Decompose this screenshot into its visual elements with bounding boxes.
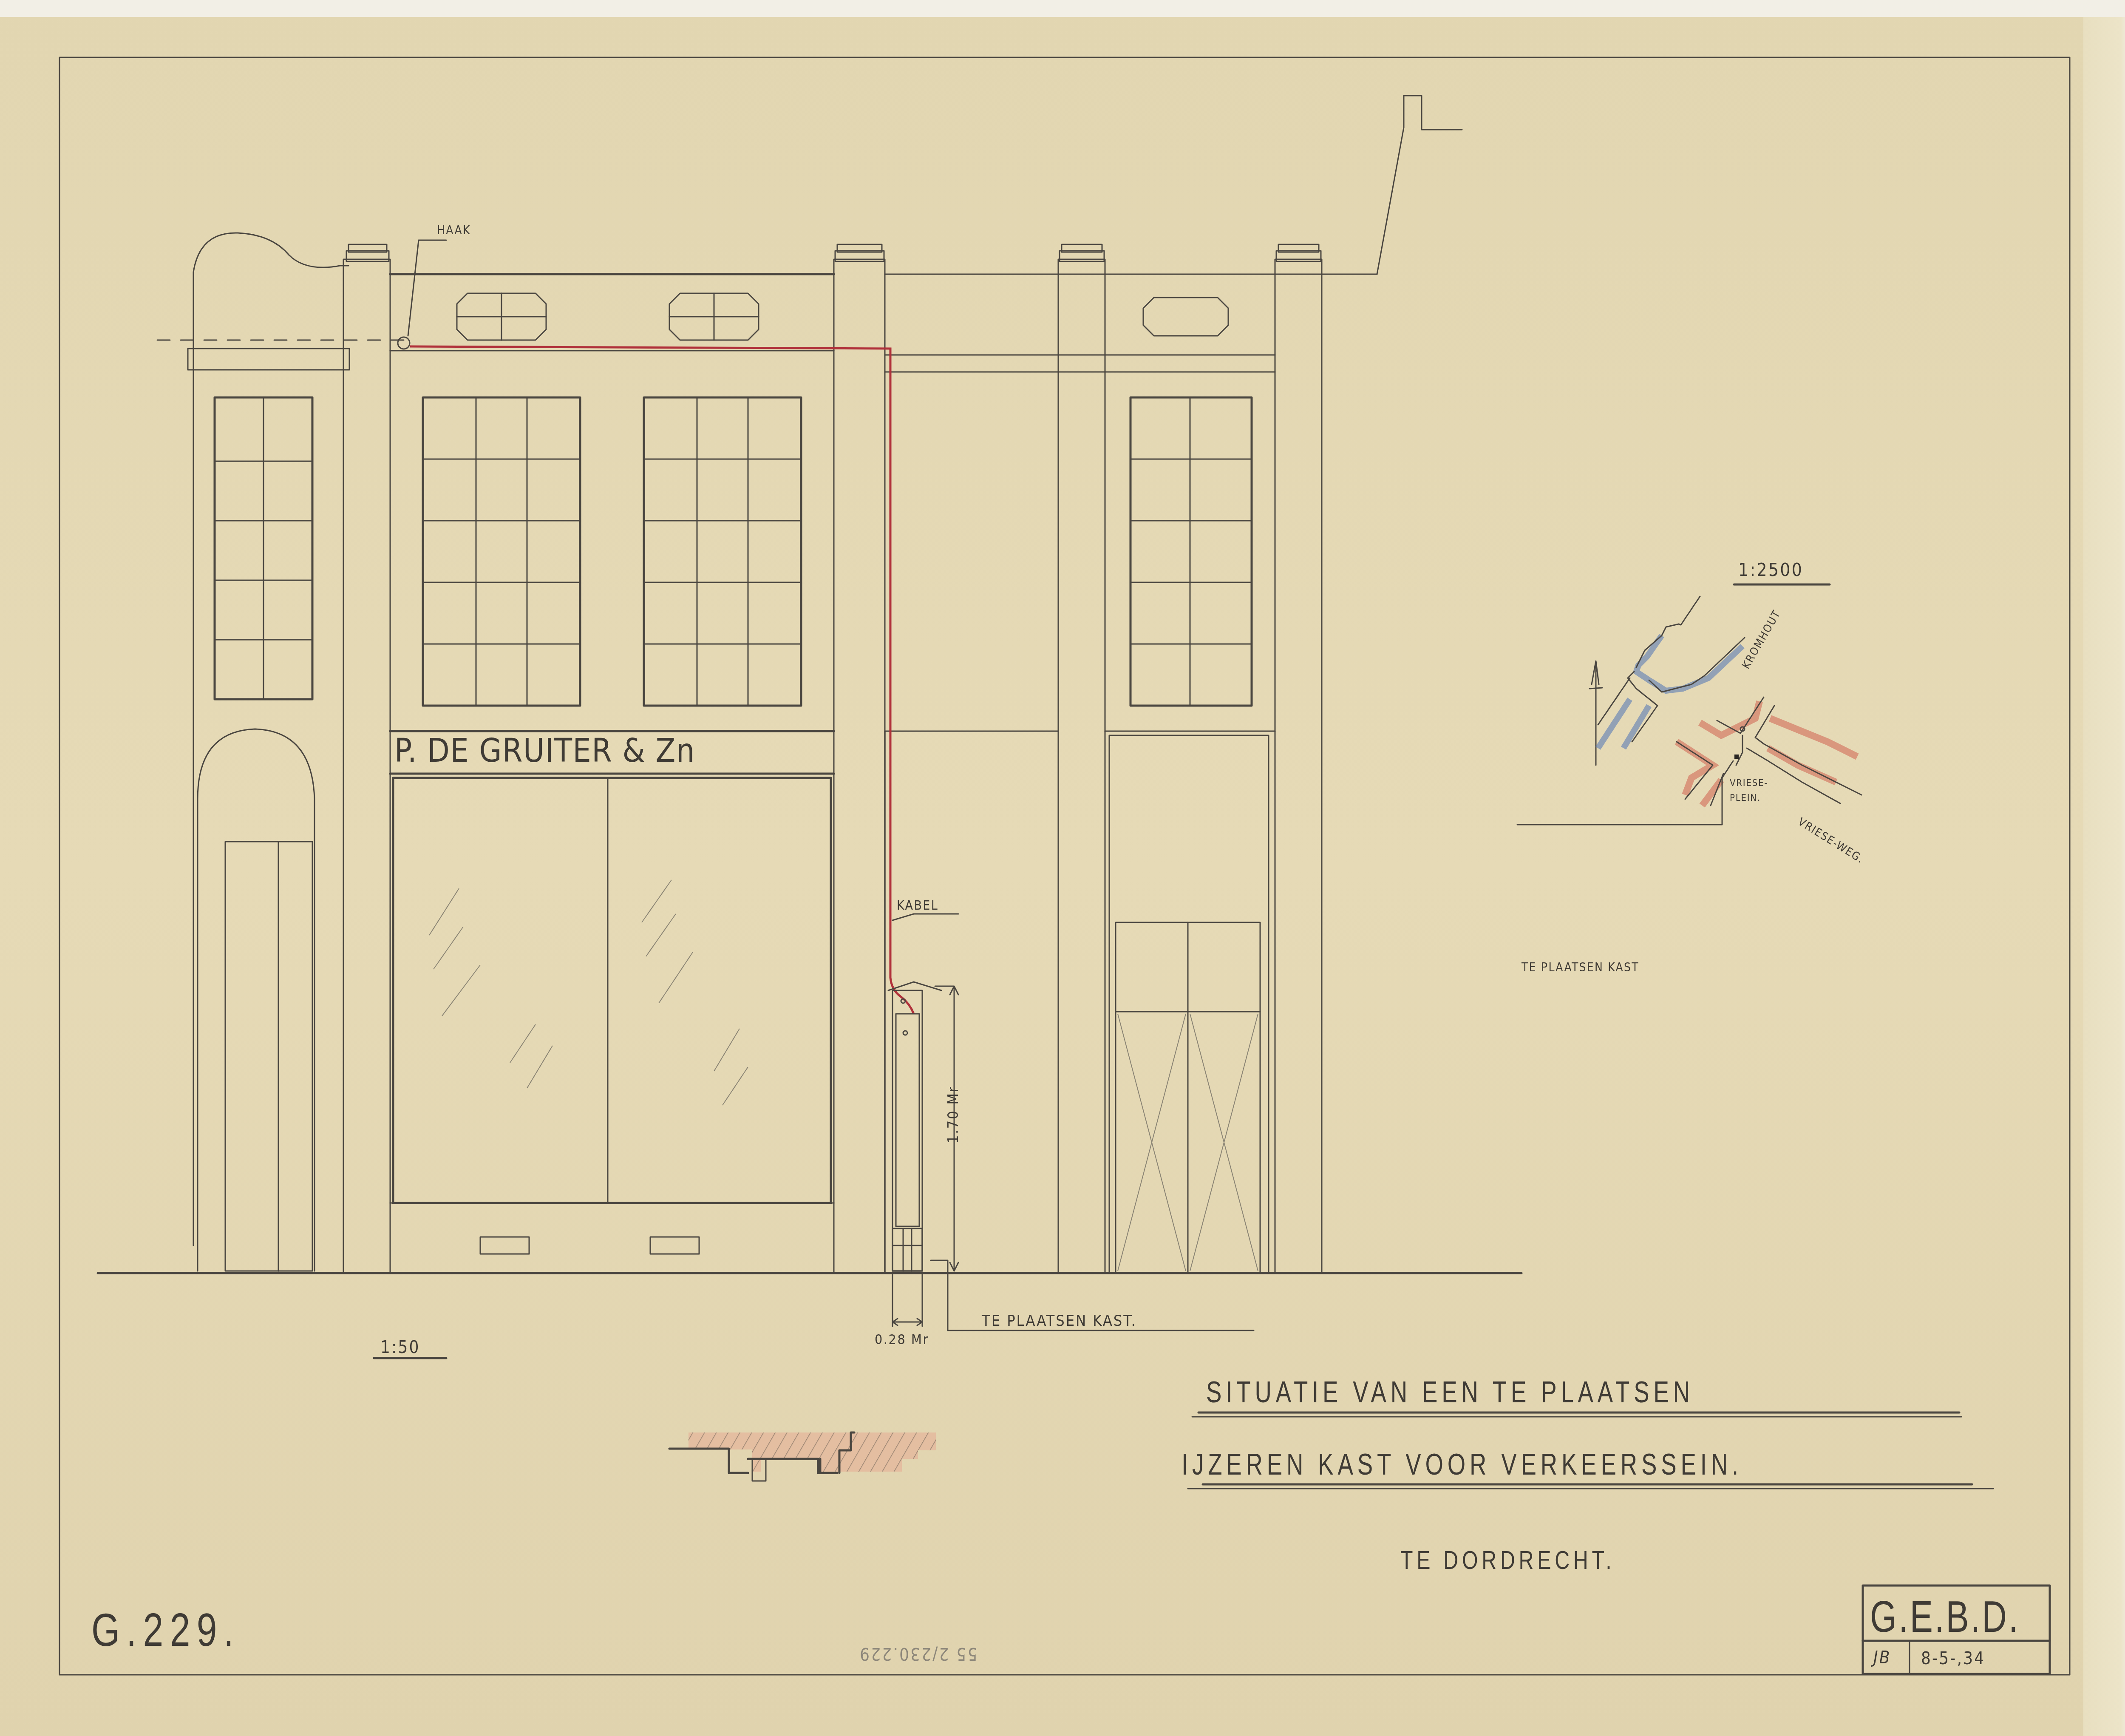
cable-label: KABEL	[897, 899, 938, 912]
pilaster-2	[834, 244, 885, 1273]
title-line-2: IJZEREN KAST VOOR VERKEERSSEIN.	[1181, 1450, 1742, 1479]
right-upper-window	[1130, 397, 1252, 706]
vent-window-1	[457, 293, 546, 340]
kabel-leader	[892, 914, 958, 920]
neighbour-roof	[1377, 96, 1462, 274]
cabinet-width-dimension: 0.28 Mr	[875, 1333, 929, 1346]
stamp-date: 8-5-,34	[1921, 1650, 1985, 1667]
cellar-vent-1	[480, 1237, 529, 1254]
left-gable	[193, 233, 348, 1245]
title-line-1: SITUATIE VAN EEN TE PLAATSEN	[1206, 1377, 1694, 1407]
hook-leader	[408, 240, 446, 336]
cabinet-height-dimension: 1.70 Mr	[946, 1086, 960, 1143]
cellar-vent-2	[650, 1237, 699, 1254]
sheet-border	[59, 57, 2070, 1675]
reverse-side-reference: 55 2/230.229	[858, 1645, 977, 1662]
title-line-3: TE DORDRECHT.	[1400, 1547, 1615, 1574]
left-arched-door	[198, 729, 314, 1271]
drawing-linework	[0, 0, 2125, 1736]
shop-upper-window-2	[644, 397, 801, 706]
vent-window-2	[669, 293, 759, 340]
cabinet-marker	[1734, 755, 1739, 759]
pilaster-3	[1058, 244, 1105, 1273]
site-cabinet-label: TE PLAATSEN KAST	[1521, 962, 1639, 973]
width-dimension	[892, 1273, 922, 1326]
stamp-initials: JB	[1873, 1649, 1891, 1666]
facade-elevation	[98, 96, 1521, 1358]
cabinet-location-label: TE PLAATSEN KAST.	[982, 1313, 1137, 1329]
shop-upper-window-1	[423, 397, 580, 706]
left-cornice	[188, 349, 349, 370]
pilaster-4	[1275, 244, 1322, 1273]
right-double-door	[1109, 735, 1269, 1273]
sheet-number: G.229.	[91, 1607, 240, 1654]
site-plan-map	[1517, 584, 1861, 825]
street-label-vriese-plein: VRIESE-PLEIN.	[1730, 776, 1776, 806]
left-upper-window	[215, 397, 312, 699]
shop-display-window	[393, 778, 831, 1203]
pilaster-1	[343, 244, 390, 1273]
cable-line	[410, 346, 914, 1014]
section-strip	[669, 1432, 936, 1481]
hook-label: HAAK	[437, 224, 471, 236]
hook-icon	[398, 337, 410, 349]
stamp-org: G.E.B.D.	[1870, 1595, 2020, 1639]
vent-window-3	[1143, 298, 1228, 336]
shop-sign-text: P. DE GRUITER & Zn	[394, 735, 695, 767]
elevation-scale-label: 1:50	[380, 1339, 420, 1356]
site-plan-scale-label: 1:2500	[1738, 561, 1803, 579]
signal-cabinet	[888, 982, 941, 1271]
